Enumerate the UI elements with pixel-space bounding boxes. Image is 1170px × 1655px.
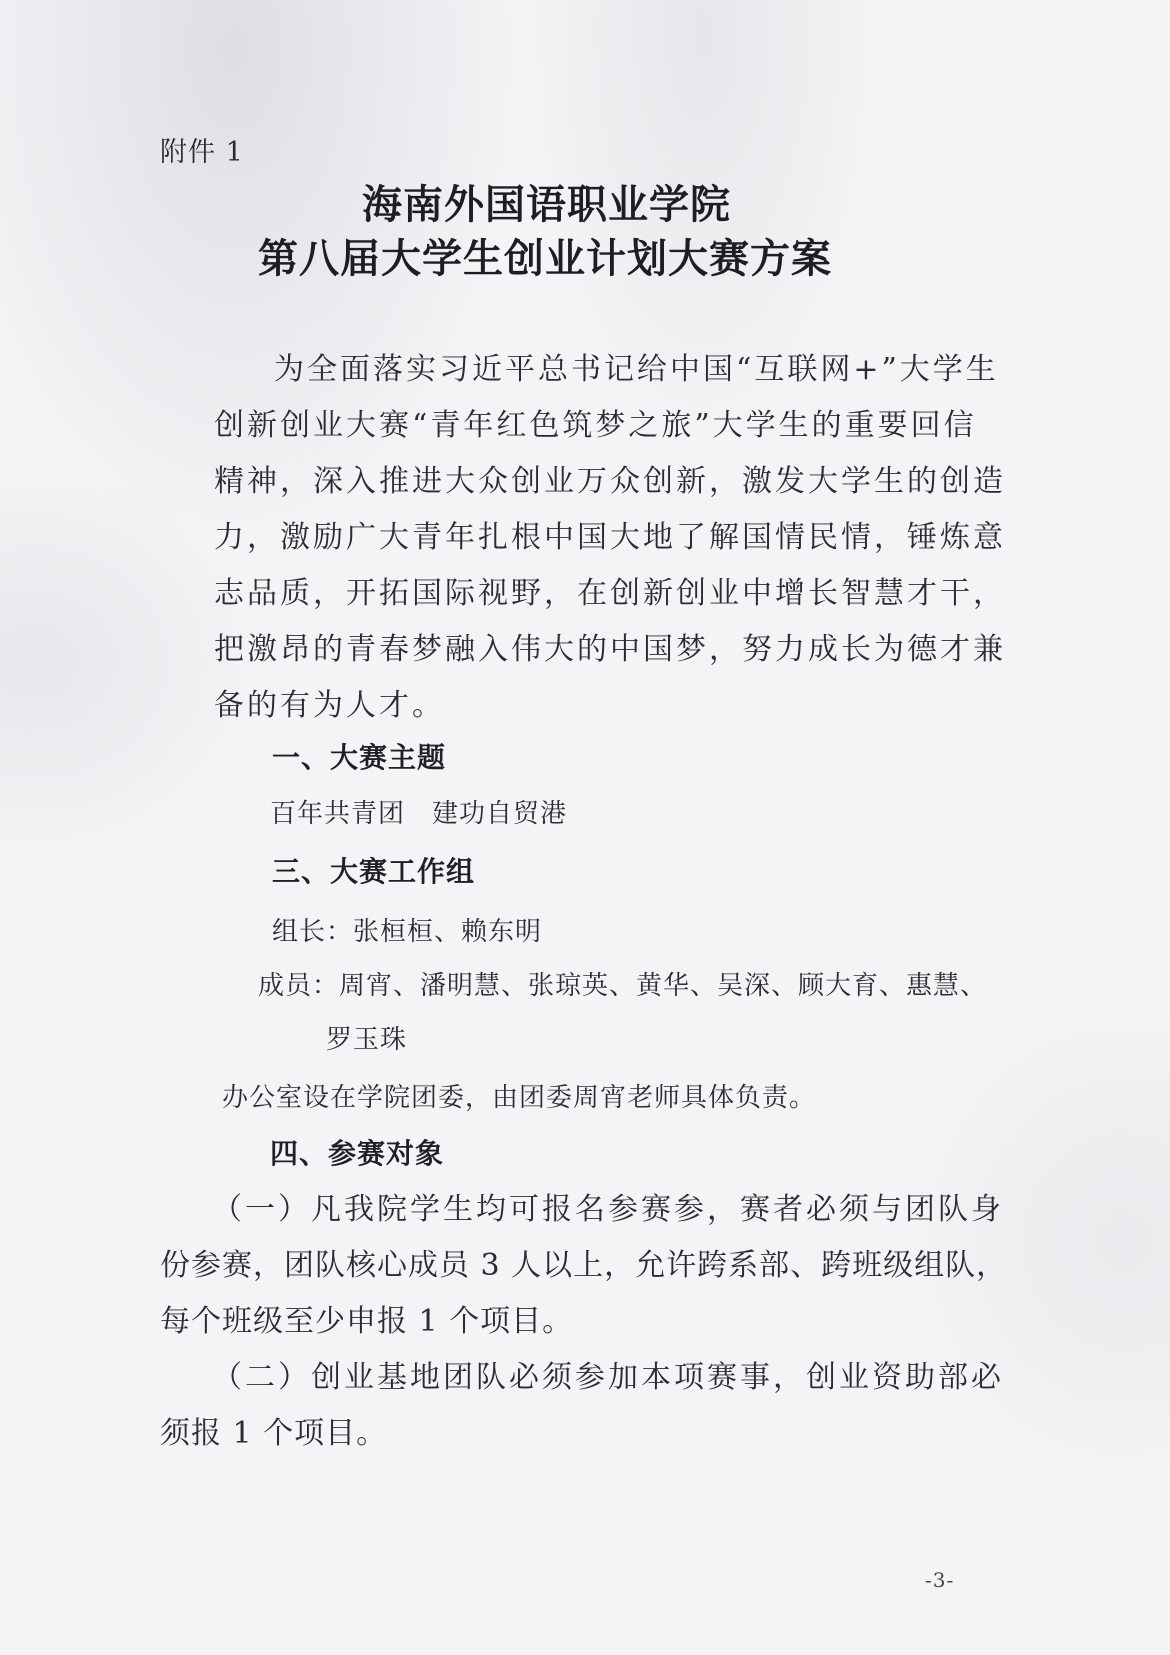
group-leaders: 组长：张桓桓、赖东明 [272, 912, 542, 952]
section-heading: 四、参赛对象 [270, 1134, 444, 1174]
intro-line: 力，激励广大青年扎根中国大地了解国情民情，锤炼意 [214, 518, 1006, 558]
section-heading: 三、大赛工作组 [272, 852, 475, 892]
theme-text: 百年共青团 建功自贸港 [270, 794, 567, 834]
page-number: -3- [925, 1568, 954, 1592]
intro-line: 志品质，开拓国际视野，在创新创业中增长智慧才干， [214, 574, 1006, 614]
group-members-continued: 罗玉珠 [326, 1020, 407, 1060]
participant-rule-line: 份参赛，团队核心成员 3 人以上，允许跨系部、跨班级组队， [160, 1246, 1007, 1286]
document-title-line-1: 海南外国语职业学院 [362, 180, 731, 230]
office-info: 办公室设在学院团委，由团委周宵老师具体负责。 [222, 1078, 816, 1118]
intro-line: 精神，深入推进大众创业万众创新，激发大学生的创造 [214, 462, 1006, 502]
participant-rule-line: 须报 1 个项目。 [160, 1414, 387, 1454]
participant-rule-line: （一）凡我院学生均可报名参赛参，赛者必须与团队身 [212, 1190, 1004, 1230]
intro-line: 备的有为人才。 [214, 686, 445, 726]
participant-rule-line: （二）创业基地团队必须参加本项赛事，创业资助部必 [212, 1358, 1004, 1398]
group-members: 成员：周宵、潘明慧、张琼英、黄华、吴深、顾大育、惠慧、 [258, 966, 987, 1006]
participant-rule-line: 每个班级至少申报 1 个项目。 [160, 1302, 573, 1342]
section-heading: 一、大赛主题 [272, 738, 446, 778]
intro-line: 把激昂的青春梦融入伟大的中国梦，努力成长为德才兼 [214, 630, 1006, 670]
document-title-line-2: 第八届大学生创业计划大赛方案 [258, 234, 832, 284]
intro-line: 为全面落实习近平总书记给中国“互联网+”大学生 [274, 350, 999, 390]
intro-line: 创新创业大赛“青年红色筑梦之旅”大学生的重要回信 [214, 406, 977, 446]
scanned-document-page: 附件 1 海南外国语职业学院 第八届大学生创业计划大赛方案 为全面落实习近平总书… [0, 0, 1170, 1655]
attachment-label: 附件 1 [160, 133, 244, 173]
